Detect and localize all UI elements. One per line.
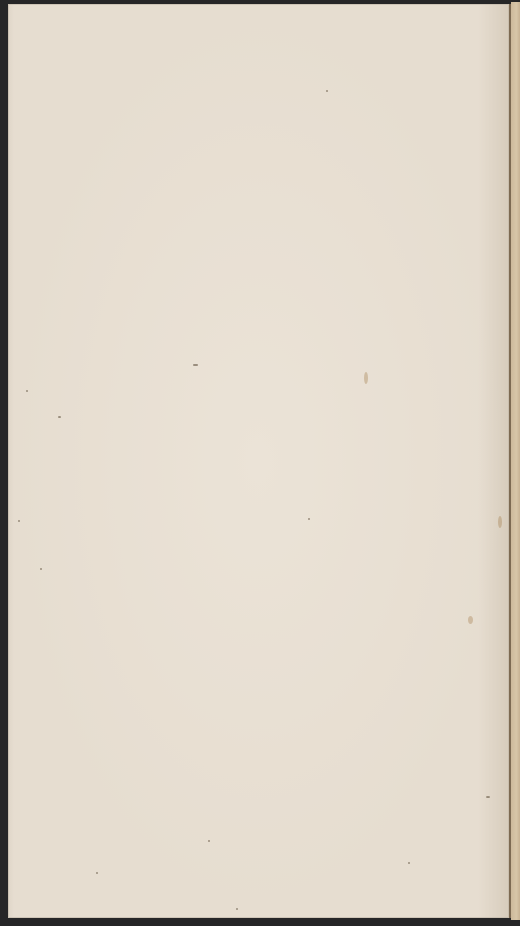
paper-stain [468, 616, 473, 624]
paper-speck [18, 520, 20, 522]
paper-speck [40, 568, 42, 570]
paper-speck [236, 908, 238, 910]
paper-stain [498, 516, 502, 528]
paper-speck [193, 364, 198, 366]
paper-speck [208, 840, 210, 842]
paper-speck [308, 518, 310, 520]
paper-speck [408, 862, 410, 864]
blank-book-page [8, 4, 509, 918]
paper-speck [26, 390, 28, 392]
paper-stain [364, 372, 368, 384]
paper-speck [58, 416, 61, 418]
paper-speck [326, 90, 328, 92]
adjacent-page-strip [511, 2, 520, 920]
paper-speck [486, 796, 490, 798]
paper-speck [96, 872, 98, 874]
